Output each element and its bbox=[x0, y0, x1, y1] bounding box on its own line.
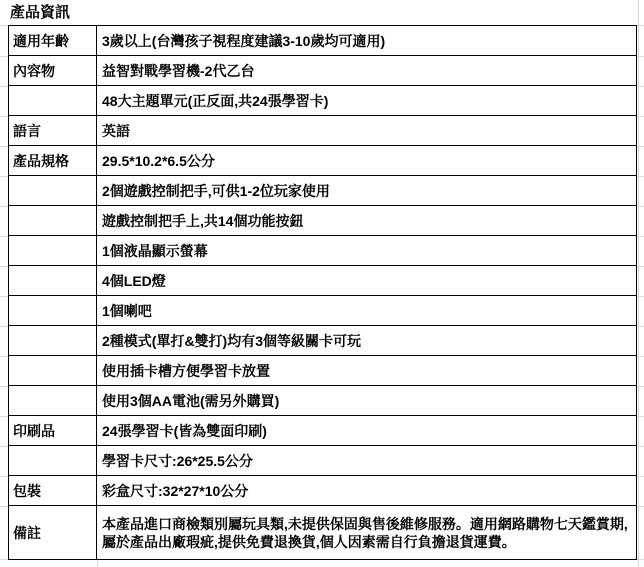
table-row: 學習卡尺寸:26*25.5公分 bbox=[9, 446, 636, 476]
table-row: 印刷品 24張學習卡(皆為雙面印刷) bbox=[9, 416, 636, 446]
gridline-stub bbox=[0, 116, 8, 117]
gridline-stub bbox=[0, 356, 8, 357]
gridline-stub bbox=[0, 146, 8, 147]
row-value: 3歲以上(台灣孩子視程度建議3-10歲均可適用) bbox=[97, 26, 636, 55]
gridline-stub bbox=[637, 356, 644, 357]
gridline-stub bbox=[0, 506, 8, 507]
row-label: 語言 bbox=[9, 116, 97, 145]
row-value: 2個遊戲控制把手,可供1-2位玩家使用 bbox=[97, 176, 636, 205]
product-info-table: 適用年齡 3歲以上(台灣孩子視程度建議3-10歲均可適用) 內容物 益智對戰學習… bbox=[8, 25, 637, 560]
row-label: 包裝 bbox=[9, 476, 97, 505]
gridline-stub bbox=[637, 176, 644, 177]
row-label bbox=[9, 296, 97, 325]
table-row: 48大主題單元(正反面,共24張學習卡) bbox=[9, 86, 636, 116]
gridline-stub bbox=[0, 56, 8, 57]
row-value: 29.5*10.2*6.5公分 bbox=[97, 146, 636, 175]
gridline-column-divider-stub bbox=[97, 560, 98, 567]
table-row: 1個液晶顯示螢幕 bbox=[9, 236, 636, 266]
row-value: 48大主題單元(正反面,共24張學習卡) bbox=[97, 86, 636, 115]
row-value: 2種模式(單打&雙打)均有3個等級關卡可玩 bbox=[97, 326, 636, 355]
gridline-stub bbox=[637, 559, 644, 560]
row-value: 1個液晶顯示螢幕 bbox=[97, 236, 636, 265]
table-row: 語言 英語 bbox=[9, 116, 636, 146]
table-row: 遊戲控制把手上,共14個功能按鈕 bbox=[9, 206, 636, 236]
table-row: 1個喇吧 bbox=[9, 296, 636, 326]
table-row: 產品規格 29.5*10.2*6.5公分 bbox=[9, 146, 636, 176]
table-row: 2種模式(單打&雙打)均有3個等級關卡可玩 bbox=[9, 326, 636, 356]
gridline-stub bbox=[0, 386, 8, 387]
row-value: 使用3個AA電池(需另外購買) bbox=[97, 386, 636, 415]
gridline-stub bbox=[0, 176, 8, 177]
row-label bbox=[9, 206, 97, 235]
gridline-stub bbox=[637, 56, 644, 57]
table-row: 包裝 彩盒尺寸:32*27*10公分 bbox=[9, 476, 636, 506]
table-row: 4個LED燈 bbox=[9, 266, 636, 296]
gridline-stub bbox=[637, 506, 644, 507]
gridline-stub bbox=[637, 296, 644, 297]
row-label bbox=[9, 386, 97, 415]
table-row: 2個遊戲控制把手,可供1-2位玩家使用 bbox=[9, 176, 636, 206]
gridline-stub bbox=[637, 86, 644, 87]
gridline-vertical-right bbox=[638, 0, 639, 567]
gridline-stub bbox=[0, 326, 8, 327]
gridline-stub bbox=[637, 446, 644, 447]
gridline-stub bbox=[0, 296, 8, 297]
gridline-stub bbox=[637, 476, 644, 477]
gridline-stub bbox=[0, 476, 8, 477]
gridline-stub bbox=[0, 206, 8, 207]
row-label bbox=[9, 446, 97, 475]
gridline-stub bbox=[0, 25, 8, 26]
gridline-stub bbox=[637, 206, 644, 207]
row-value: 24張學習卡(皆為雙面印刷) bbox=[97, 416, 636, 445]
table-row: 適用年齡 3歲以上(台灣孩子視程度建議3-10歲均可適用) bbox=[9, 26, 636, 56]
row-label: 備註 bbox=[9, 506, 97, 559]
gridline-stub bbox=[637, 266, 644, 267]
row-value: 彩盒尺寸:32*27*10公分 bbox=[97, 476, 636, 505]
gridline-stub bbox=[637, 326, 644, 327]
row-label: 適用年齡 bbox=[9, 26, 97, 55]
gridline-stub bbox=[0, 236, 8, 237]
spreadsheet-canvas: 產品資訊 適用年齡 3歲以上(台灣孩子視程度建議3-10歲均可適用) 內容物 益… bbox=[0, 0, 644, 567]
row-label bbox=[9, 86, 97, 115]
gridline-stub bbox=[637, 416, 644, 417]
row-value: 學習卡尺寸:26*25.5公分 bbox=[97, 446, 636, 475]
row-label: 內容物 bbox=[9, 56, 97, 85]
gridline-stub bbox=[637, 116, 644, 117]
gridline-stub bbox=[637, 386, 644, 387]
row-value: 益智對戰學習機-2代乙台 bbox=[97, 56, 636, 85]
row-value: 1個喇吧 bbox=[97, 296, 636, 325]
row-value: 英語 bbox=[97, 116, 636, 145]
gridline-stub bbox=[0, 86, 8, 87]
row-value: 4個LED燈 bbox=[97, 266, 636, 295]
row-value: 本產品進口商檢類別屬玩具類,未提供保固與售後維修服務。適用網路購物七天鑑賞期,屬… bbox=[97, 506, 636, 559]
row-label bbox=[9, 176, 97, 205]
row-value: 使用插卡槽方便學習卡放置 bbox=[97, 356, 636, 385]
gridline-stub bbox=[0, 416, 8, 417]
row-label bbox=[9, 356, 97, 385]
row-value: 遊戲控制把手上,共14個功能按鈕 bbox=[97, 206, 636, 235]
row-label bbox=[9, 236, 97, 265]
gridline-stub bbox=[0, 559, 8, 560]
gridline-stub bbox=[0, 266, 8, 267]
gridline-stub bbox=[637, 146, 644, 147]
table-row: 使用插卡槽方便學習卡放置 bbox=[9, 356, 636, 386]
row-label bbox=[9, 266, 97, 295]
gridline-stub bbox=[0, 446, 8, 447]
gridline-stub bbox=[637, 25, 644, 26]
table-row: 使用3個AA電池(需另外購買) bbox=[9, 386, 636, 416]
table-title: 產品資訊 bbox=[10, 0, 70, 25]
table-row: 內容物 益智對戰學習機-2代乙台 bbox=[9, 56, 636, 86]
row-label: 產品規格 bbox=[9, 146, 97, 175]
gridline-stub bbox=[637, 236, 644, 237]
table-row: 備註 本產品進口商檢類別屬玩具類,未提供保固與售後維修服務。適用網路購物七天鑑賞… bbox=[9, 506, 636, 559]
row-label bbox=[9, 326, 97, 355]
row-label: 印刷品 bbox=[9, 416, 97, 445]
